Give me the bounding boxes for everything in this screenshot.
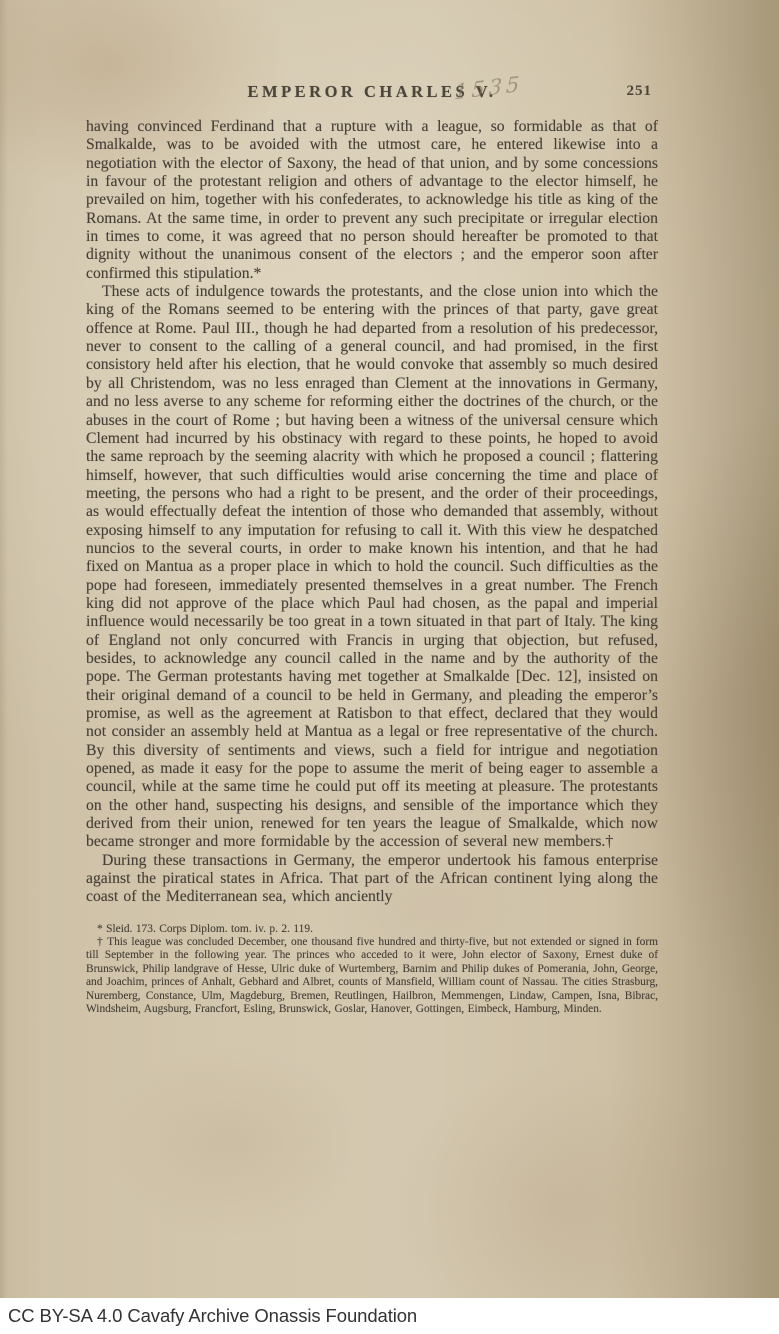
page-title: EMPEROR CHARLES V. <box>86 82 658 102</box>
footnotes: * Sleid. 173. Corps Diplom. tom. iv. p. … <box>86 923 658 1016</box>
paragraph: During these transactions in Germany, th… <box>86 852 658 907</box>
screenshot-frame: EMPEROR CHARLES V. 1535 251 having convi… <box>0 0 779 1334</box>
book-page-scan: EMPEROR CHARLES V. 1535 251 having convi… <box>0 0 779 1298</box>
footnote-asterisk: * Sleid. 173. Corps Diplom. tom. iv. p. … <box>86 923 658 936</box>
page-number: 251 <box>627 83 653 100</box>
page-column: EMPEROR CHARLES V. 1535 251 having convi… <box>86 82 658 1016</box>
license-caption-bar: CC BY-SA 4.0 Cavafy Archive Onassis Foun… <box>0 1298 779 1334</box>
running-head: EMPEROR CHARLES V. 1535 251 <box>86 82 658 106</box>
footnote-dagger: † This league was concluded December, on… <box>86 936 658 1016</box>
body-text: having convinced Ferdinand that a ruptur… <box>86 118 658 907</box>
paragraph: These acts of indulgence towards the pro… <box>86 283 658 852</box>
paragraph-continuation: having convinced Ferdinand that a ruptur… <box>86 118 658 283</box>
license-caption-text: CC BY-SA 4.0 Cavafy Archive Onassis Foun… <box>0 1305 417 1327</box>
